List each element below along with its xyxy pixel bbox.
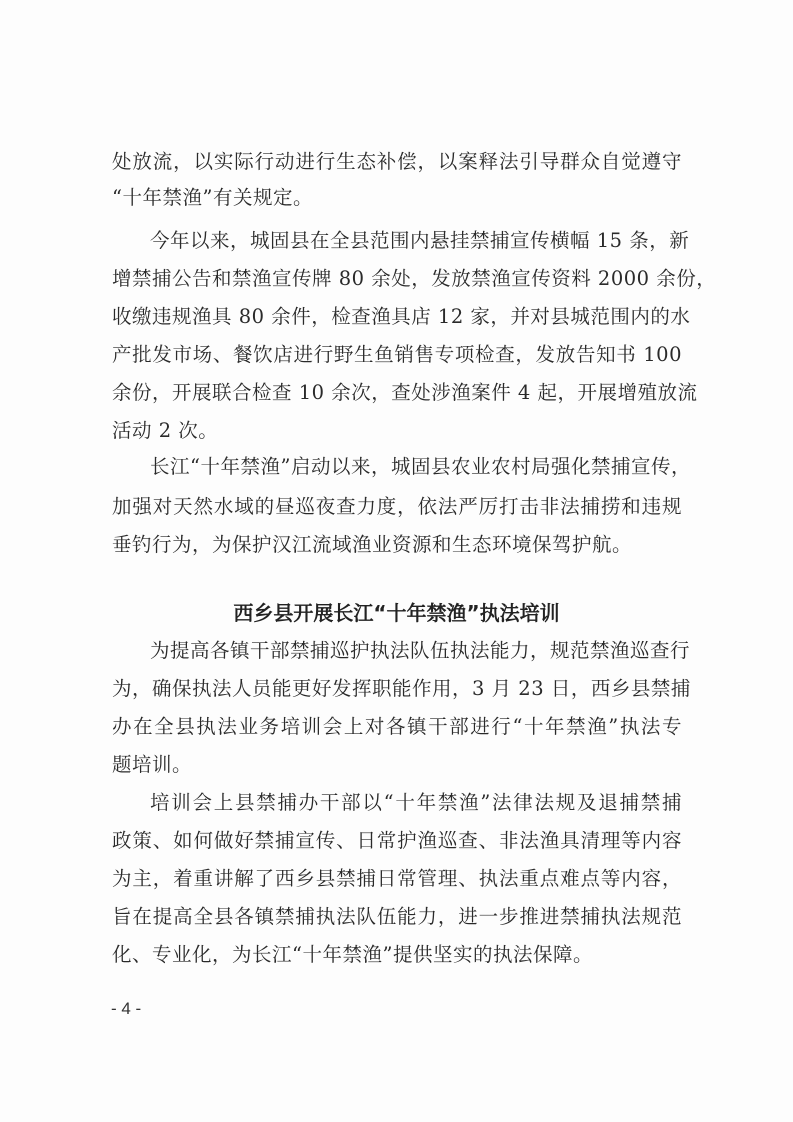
paragraph-line: 培训会上县禁捕办干部以“十年禁渔”法律法规及退捕禁捕 bbox=[150, 788, 682, 818]
paragraph-line: 长江“十年禁渔”启动以来，城固县农业农村局强化禁捕宣传， bbox=[150, 452, 682, 482]
paragraph-line: 活动 2 次。 bbox=[112, 416, 682, 446]
paragraph-line: 加强对天然水域的昼巡夜查力度，依法严厉打击非法捕捞和违规 bbox=[112, 492, 682, 522]
paragraph-line: 旨在提高全县各镇禁捕执法队伍能力，进一步推进禁捕执法规范 bbox=[112, 902, 682, 932]
paragraph-line: 产批发市场、餐饮店进行野生鱼销售专项检查，发放告知书 100 bbox=[112, 340, 682, 370]
paragraph-line: 余份，开展联合检查 10 余次，查处涉渔案件 4 起，开展增殖放流 bbox=[112, 378, 682, 408]
paragraph-line: 为主，着重讲解了西乡县禁捕日常管理、执法重点难点等内容， bbox=[112, 864, 682, 894]
paragraph-line: 垂钓行为，为保护汉江流域渔业资源和生态环境保驾护航。 bbox=[112, 530, 682, 560]
paragraph-line: 收缴违规渔具 80 余件，检查渔具店 12 家，并对县城范围内的水 bbox=[112, 302, 682, 332]
paragraph-line: “十年禁渔”有关规定。 bbox=[112, 183, 682, 213]
paragraph-line: 增禁捕公告和禁渔宣传牌 80 余处，发放禁渔宣传资料 2000 余份， bbox=[112, 264, 682, 294]
paragraph-line: 化、专业化，为长江“十年禁渔”提供坚实的执法保障。 bbox=[112, 940, 682, 970]
paragraph-line: 题培训。 bbox=[112, 750, 682, 780]
section-heading: 西乡县开展长江“十年禁渔”执法培训 bbox=[0, 598, 793, 628]
paragraph-line: 为，确保执法人员能更好发挥职能作用，3 月 23 日，西乡县禁捕 bbox=[112, 674, 682, 704]
paragraph-line: 为提高各镇干部禁捕巡护执法队伍执法能力，规范禁渔巡查行 bbox=[150, 636, 682, 666]
document-page: 处放流，以实际行动进行生态补偿，以案释法引导群众自觉遵守 “十年禁渔”有关规定。… bbox=[0, 0, 793, 1122]
paragraph-line: 办在全县执法业务培训会上对各镇干部进行“十年禁渔”执法专 bbox=[112, 712, 682, 742]
paragraph-line: 今年以来，城固县在全县范围内悬挂禁捕宣传横幅 15 条，新 bbox=[150, 226, 682, 256]
page-number: - 4 - bbox=[111, 999, 141, 1019]
paragraph-line: 处放流，以实际行动进行生态补偿，以案释法引导群众自觉遵守 bbox=[112, 147, 682, 177]
paragraph-line: 政策、如何做好禁捕宣传、日常护渔巡查、非法渔具清理等内容 bbox=[112, 826, 682, 856]
